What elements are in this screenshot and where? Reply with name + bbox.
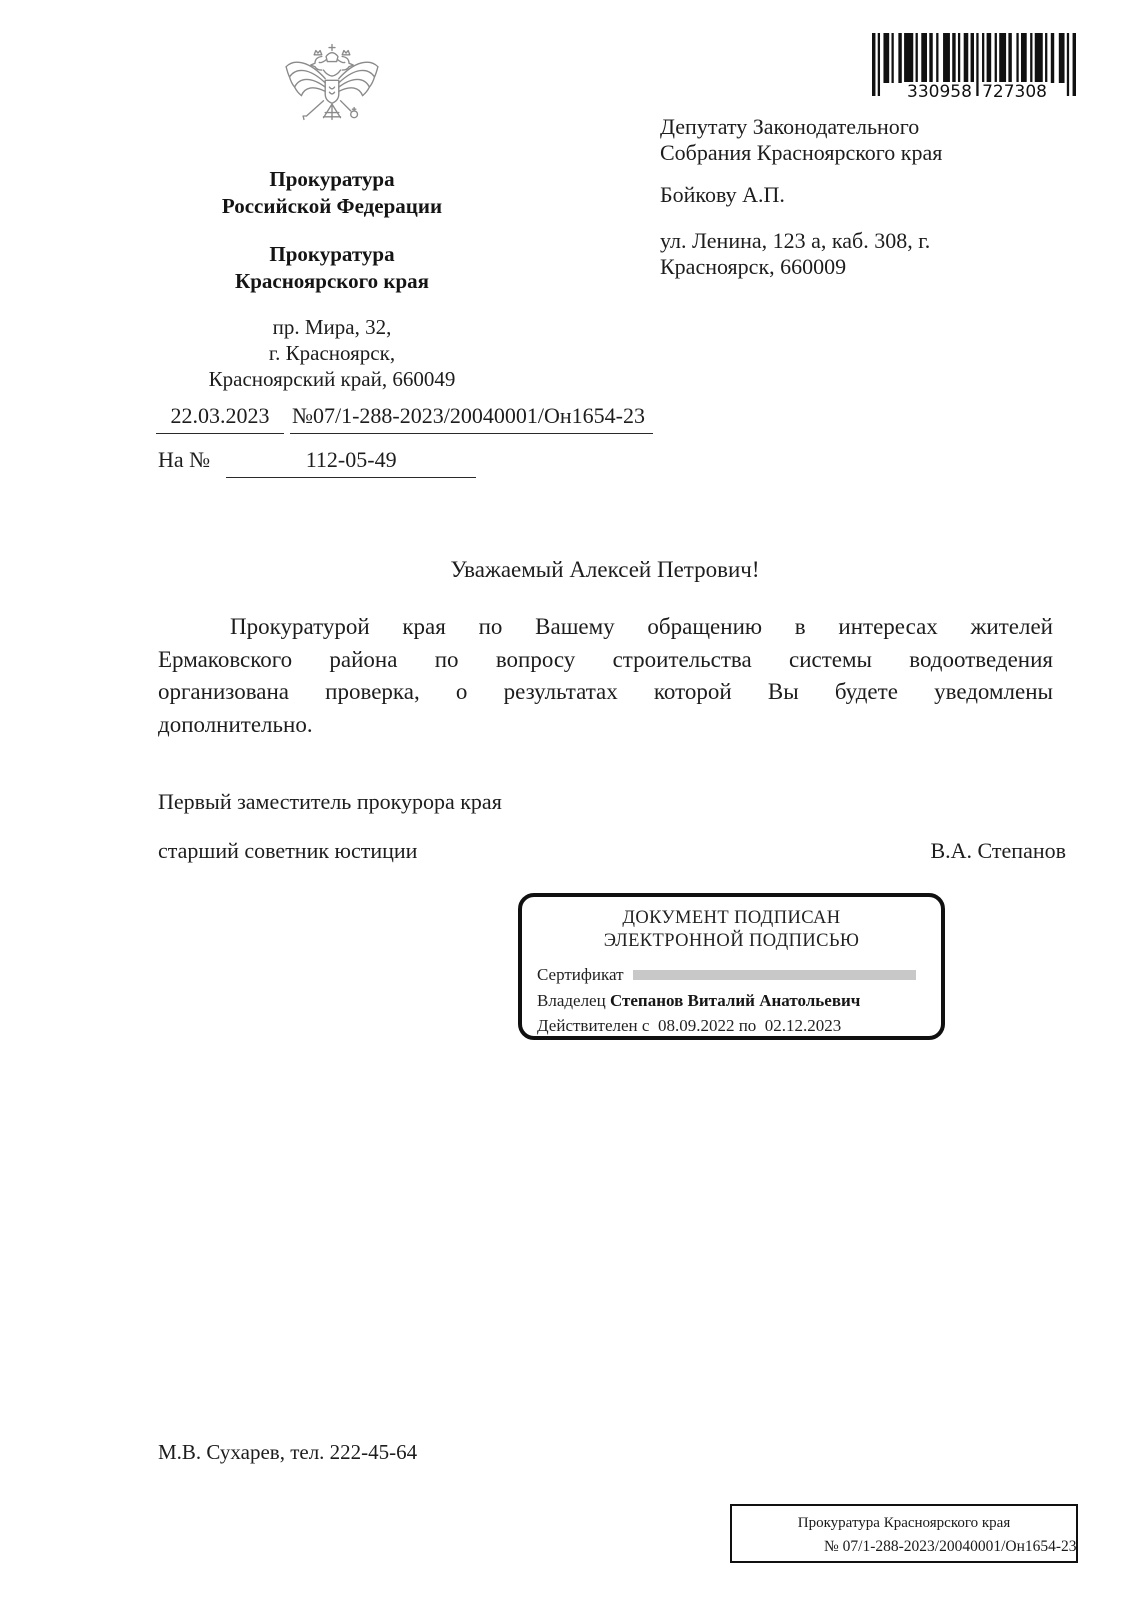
letterhead: Прокуратура Российской Федерации Прокура… (150, 42, 514, 392)
document-number: №07/1-288-2023/20040001/Он1654-23 (290, 403, 653, 434)
recipient-name: Бойкову А.П. (660, 182, 785, 208)
reply-label: На № (158, 447, 210, 472)
reply-reference-line: На №112-05-49 (158, 447, 476, 478)
russia-coat-of-arms-icon (281, 42, 383, 156)
document-date: 22.03.2023 (156, 403, 284, 434)
executor-contact: М.В. Сухарев, тел. 222-45-64 (158, 1440, 417, 1465)
electronic-signature-stamp: ДОКУМЕНТ ПОДПИСАН ЭЛЕКТРОННОЙ ПОДПИСЬЮ С… (518, 893, 945, 1040)
letterhead-address: пр. Мира, 32, г. Красноярск, Красноярски… (150, 314, 514, 392)
owner-label: Владелец (537, 988, 606, 1014)
recipient-address: ул. Ленина, 123 а, каб. 308, г. Краснояр… (660, 228, 1060, 280)
validity-period: Действителен с 08.09.2022 по 02.12.2023 (537, 1013, 929, 1039)
certificate-number-redacted (633, 970, 916, 980)
esign-title: ДОКУМЕНТ ПОДПИСАН ЭЛЕКТРОННОЙ ПОДПИСЬЮ (522, 907, 941, 953)
recipient-title: Депутату Законодательного Собрания Красн… (660, 114, 1060, 166)
signer-name: В.А. Степанов (930, 838, 1066, 864)
barcode: 330958 727308 (872, 33, 1076, 96)
reply-number: 112-05-49 (226, 447, 476, 478)
body-paragraph: Прокуратурой края по Вашему обращению в … (158, 611, 1053, 741)
org-name-federal: Прокуратура Российской Федерации (150, 166, 514, 220)
barcode-digits: 330958 727308 (872, 82, 1076, 102)
barcode-digits-left: 330958 (904, 82, 975, 102)
certificate-label: Сертификат (537, 962, 624, 988)
letter-page: Прокуратура Российской Федерации Прокура… (0, 0, 1132, 1599)
esign-details: Сертификат Владелец Степанов Виталий Ана… (537, 962, 929, 1039)
salutation: Уважаемый Алексей Петрович! (158, 557, 1052, 583)
registration-stamp: Прокуратура Красноярского края № 07/1-28… (730, 1504, 1078, 1563)
signer-position-line1: Первый заместитель прокурора края (158, 789, 502, 815)
stamp-org-name: Прокуратура Красноярского края (732, 1515, 1076, 1532)
barcode-digits-right: 727308 (979, 82, 1050, 102)
stamp-number: № 07/1-288-2023/20040001/Он1654-23 (732, 1538, 1076, 1556)
org-name-regional: Прокуратура Красноярского края (150, 241, 514, 295)
owner-row: Владелец Степанов Виталий Анатольевич (537, 988, 929, 1014)
signer-row: старший советник юстиции В.А. Степанов (158, 838, 1066, 864)
reference-line: 22.03.2023№07/1-288-2023/20040001/Он1654… (156, 403, 653, 434)
signer-position-line2: старший советник юстиции (158, 838, 417, 864)
certificate-row: Сертификат (537, 962, 929, 988)
owner-name: Степанов Виталий Анатольевич (610, 988, 860, 1014)
